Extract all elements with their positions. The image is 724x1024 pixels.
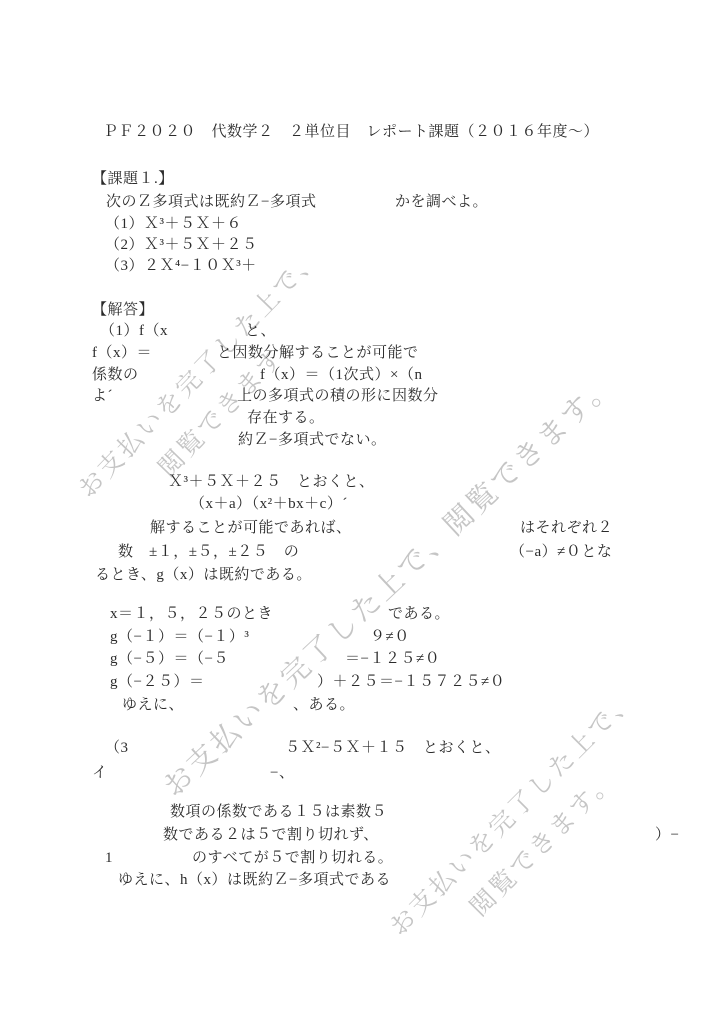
text-segment: 上の多項式の積の形に因数分 [237,387,439,405]
text-segment: 数項の係数である１５は素数５ [170,803,387,821]
document-text-layer: ＰＦ２０２０ 代数学２ ２単位目 レポート課題（２０１６年度～）【課題１.】次の… [0,0,724,1024]
text-segment: と、 [245,322,276,340]
text-segment: −、 [270,764,294,782]
text-segment: g（−５）＝（−５ [110,650,229,668]
text-segment: ）− [655,826,679,844]
text-segment: g（−１）＝（−１）³ [110,628,249,646]
text-segment: 次のＺ多項式は既約Ｚ−多項式 [106,193,316,211]
text-segment: f（x）＝（1次式）×（n [260,366,422,384]
text-segment: （2）Ｘ³＋５Ｘ＋２５ [105,236,258,254]
text-segment: よ´ [92,387,113,405]
text-segment: f（x）＝ [92,344,152,362]
text-segment: x＝１，５，２５のとき [110,605,273,623]
text-segment: ９≠０ [370,628,410,646]
text-segment: 【課題１.】 [92,170,174,188]
text-segment: 係数の [92,366,139,384]
text-segment: ＝−１２５≠０ [345,650,440,668]
text-segment: ゆえに、h（x）は既約Ｚ−多項式である [118,871,391,889]
text-segment: 解することが可能であれば、 [150,519,352,537]
text-segment: はそれぞれ２ [520,519,613,537]
text-segment: 約Ｚ−多項式でない。 [238,431,386,449]
text-segment: かを調べよ。 [395,193,488,211]
text-segment: 【解答】 [92,301,154,319]
text-segment: （x＋a）（x²＋bx＋c）´ [190,495,348,513]
text-segment: 1 [105,849,113,867]
text-segment: Ｘ³＋５Ｘ＋２５ とおくと、 [168,473,375,491]
text-segment: （−a）≠０とな [510,543,612,561]
text-segment: ゆえに、 [122,696,184,714]
text-segment: 数である２は５で割り切れず、 [163,826,379,844]
text-segment: g（−２５）＝ [110,673,204,691]
text-segment: （1）f（x [100,322,168,340]
text-segment: のすべてが５で割り切れる。 [192,849,393,867]
document-page: お支払いを完了した上で、閲覧できます。お支払いを完了した上で、閲覧できます。お支… [0,0,724,1024]
text-segment: （3 [105,739,129,757]
text-segment: と因数分解することが可能で [217,344,419,362]
document-title: ＰＦ２０２０ 代数学２ ２単位目 レポート課題（２０１６年度～） [103,123,599,141]
text-segment: である。 [388,605,450,623]
text-segment: ）＋２５＝−１５７２５≠０ [317,673,505,691]
text-segment: 数 ±１，±５，±２５ の [118,543,299,561]
text-segment: ５Ｘ²−５Ｘ＋１５ とおくと、 [285,739,500,757]
text-segment: 、ある。 [293,696,355,714]
text-segment: （1）Ｘ³＋５Ｘ＋６ [105,215,242,233]
text-segment: イ [92,764,108,782]
text-segment: 存在する。 [247,409,325,427]
text-segment: るとき、g（x）は既約である。 [95,566,312,584]
text-segment: （3）２Ｘ⁴−１０Ｘ³＋ [105,257,257,275]
